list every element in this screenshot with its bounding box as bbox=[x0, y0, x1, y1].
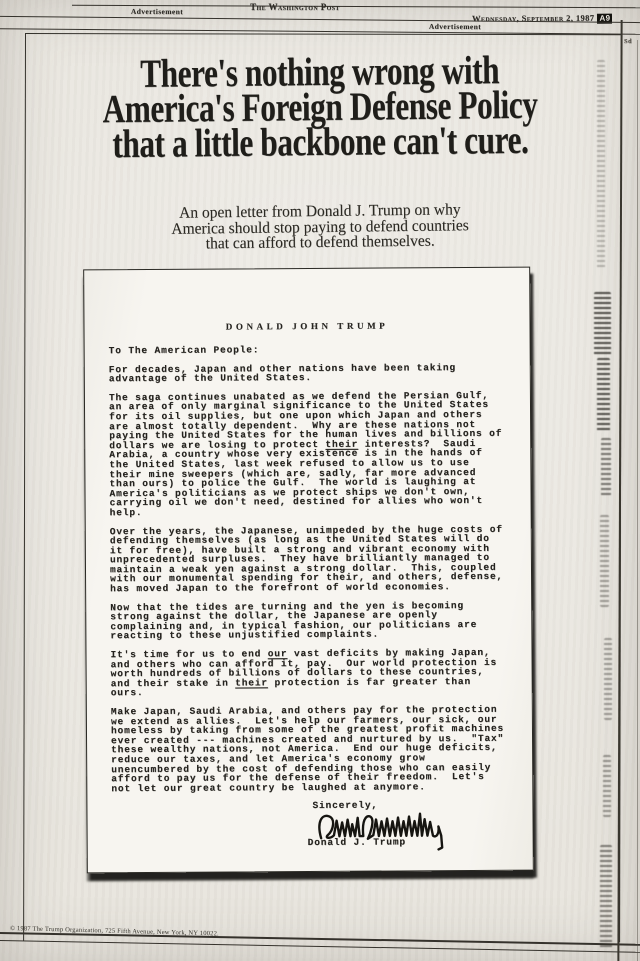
letter-sheet: DONALD JOHN TRUMP To The American People… bbox=[83, 267, 534, 874]
print-bleed-speck bbox=[601, 438, 611, 496]
print-bleed-speck bbox=[604, 638, 612, 720]
letter-paragraph: Now that the tides are turning and the y… bbox=[110, 600, 515, 641]
print-bleed-speck bbox=[594, 292, 611, 356]
letter-paragraph: To The American People: bbox=[109, 344, 514, 356]
letter-paragraph: Over the years, the Japanese, unimpeded … bbox=[110, 524, 515, 594]
print-bleed-speck bbox=[597, 60, 605, 270]
letter-paragraph: The saga continues unabated as we defend… bbox=[109, 391, 515, 518]
letter-paragraph: Make Japan, Saudi Arabia, and others pay… bbox=[111, 705, 517, 794]
print-bleed-speck bbox=[600, 845, 612, 950]
advertisement-label-center: Advertisement bbox=[405, 22, 505, 32]
newspaper-name: The Washington Post bbox=[195, 2, 395, 12]
signature-typed-name: Donald J. Trump bbox=[308, 837, 517, 848]
ad-headline: There's nothing wrong with America's For… bbox=[0, 51, 640, 163]
edge-mark: Sd bbox=[624, 38, 632, 45]
print-bleed-speck bbox=[597, 358, 610, 432]
ad-subhead: An open letter from Donald J. Trump on w… bbox=[0, 200, 640, 254]
letter-body: To The American People:For decades, Japa… bbox=[109, 344, 517, 849]
print-bleed-speck bbox=[600, 515, 609, 607]
letterhead: DONALD JOHN TRUMP bbox=[84, 320, 529, 333]
advertisement-label-left: Advertisement bbox=[112, 7, 202, 17]
letter-paragraph: For decades, Japan and other nations hav… bbox=[109, 362, 514, 384]
print-bleed-speck bbox=[603, 755, 611, 817]
letter-paragraph: It's time for us to end our vast deficit… bbox=[110, 648, 515, 698]
page-edge-rule bbox=[637, 40, 638, 961]
newspaper-page: Advertisement The Washington Post Wednes… bbox=[0, 0, 640, 961]
headline-line-3: that a little backbone can't cure. bbox=[71, 121, 571, 161]
